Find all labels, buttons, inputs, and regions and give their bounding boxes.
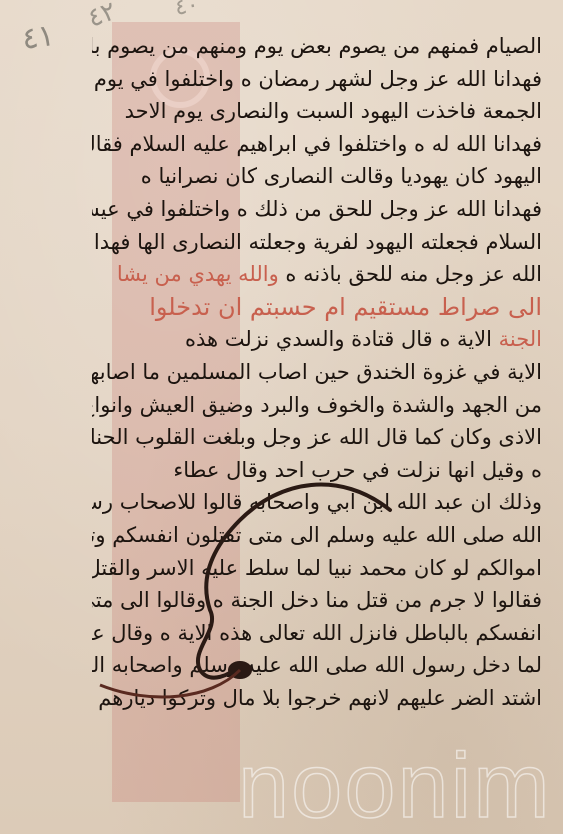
manuscript-line: ه وقيل انها نزلت في حرب احد وقال عطاء xyxy=(92,454,542,487)
manuscript-line: الله صلى الله عليه وسلم الى متى تقتلون ا… xyxy=(92,519,542,552)
manuscript-line: الاذى وكان كما قال الله عز وجل وبلغت الق… xyxy=(92,421,542,454)
manuscript-page: ٤٠ ٤٢ ٤١ الصيام فمنهم من يصوم بعض يوم وم… xyxy=(0,0,563,834)
folio-mark-top: ٤٠ xyxy=(173,0,201,21)
watermark-text: noonim xyxy=(238,740,552,832)
manuscript-line: الى صراط مستقيم ام حسبتم ان تدخلوا xyxy=(92,291,542,324)
manuscript-line: فهدانا الله عز وجل لشهر رمضان ه واختلفوا… xyxy=(92,63,542,96)
manuscript-line: الجمعة فاخذت اليهود السبت والنصارى يوم ا… xyxy=(92,95,542,128)
folio-number: ٤١ xyxy=(20,18,57,57)
manuscript-line: فقالوا لا جرم من قتل منا دخل الجنة ه وقا… xyxy=(92,584,542,617)
manuscript-text: الصيام فمنهم من يصوم بعض يوم ومنهم من يص… xyxy=(92,30,542,714)
manuscript-line: وذلك ان عبد الله ابن ابي واصحابه قالوا ل… xyxy=(92,486,542,519)
manuscript-line: الله عز وجل منه للحق باذنه ه والله يهدي … xyxy=(92,258,542,291)
manuscript-line: انفسكم بالباطل فانزل الله تعالى هذه الاي… xyxy=(92,617,542,650)
manuscript-line: اشتد الضر عليهم لانهم خرجوا بلا مال وترك… xyxy=(92,682,542,715)
manuscript-line: الصيام فمنهم من يصوم بعض يوم ومنهم من يص… xyxy=(92,30,542,63)
manuscript-line: اليهود كان يهوديا وقالت النصارى كان نصرا… xyxy=(92,160,542,193)
manuscript-line: السلام فجعلته اليهود لفرية وجعلته النصار… xyxy=(92,226,542,259)
manuscript-line: الجنة الاية ه قال قتادة والسدي نزلت هذه xyxy=(92,323,542,356)
rubricated-text: والله يهدي من يشا xyxy=(117,262,279,286)
manuscript-line: فهدانا الله عز وجل للحق من ذلك ه واختلفو… xyxy=(92,193,542,226)
manuscript-line: الاية في غزوة الخندق حين اصاب المسلمين م… xyxy=(92,356,542,389)
manuscript-line: فهدانا الله له ه واختلفوا في ابراهيم علي… xyxy=(92,128,542,161)
manuscript-line: من الجهد والشدة والخوف والبرد وضيق العيش… xyxy=(92,389,542,422)
rubricated-text: الجنة xyxy=(499,327,542,351)
manuscript-line: لما دخل رسول الله صلى الله عليه وسلم واص… xyxy=(92,649,542,682)
manuscript-line: اموالكم لو كان محمد نبيا لما سلط عليه ال… xyxy=(92,552,542,585)
